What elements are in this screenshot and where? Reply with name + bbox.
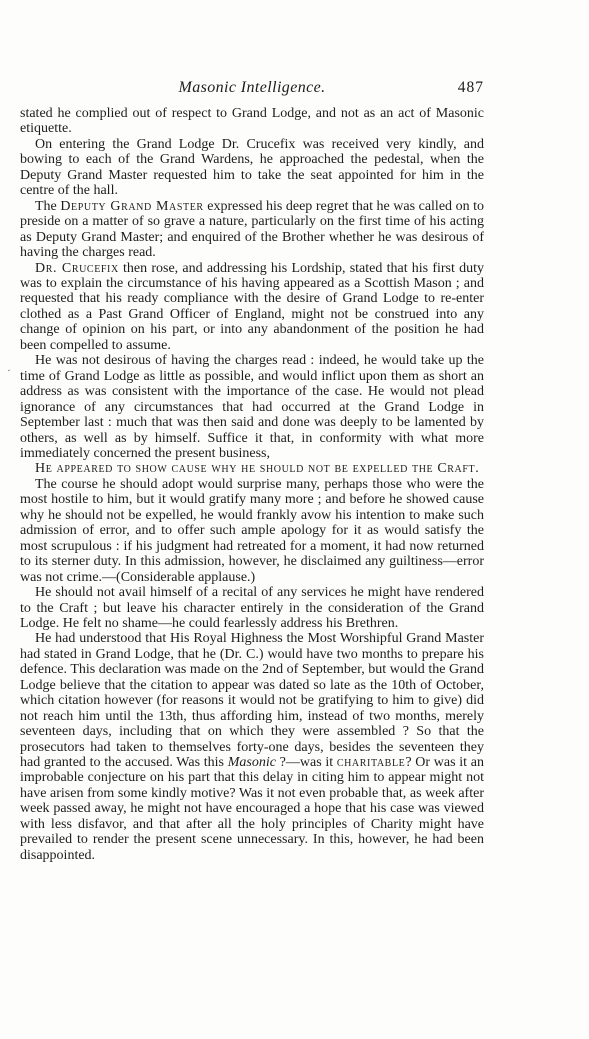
- text-segment-smallcaps: Deputy Grand Master: [60, 199, 203, 214]
- text-segment-italic: Masonic: [228, 755, 276, 770]
- paragraph: Dr. Crucefix then rose, and addressing h…: [20, 261, 484, 354]
- paragraph: The Deputy Grand Master expressed his de…: [20, 199, 484, 261]
- text-segment-normal: The: [35, 199, 60, 214]
- scan-artifact-mark: -: [7, 367, 13, 372]
- page-number: 487: [458, 79, 484, 97]
- text-segment-normal: The course he should adopt would surpris…: [20, 477, 484, 585]
- scanned-document-page: Masonic Intelligence. 487 - stated he co…: [0, 0, 589, 1039]
- text-segment-normal: He was not desirous of having the charge…: [20, 353, 484, 461]
- text-segment-normal: He had understood that His Royal Highnes…: [20, 631, 484, 770]
- text-segment-normal: stated he complied out of respect to Gra…: [20, 106, 484, 136]
- paragraph: The course he should adopt would surpris…: [20, 477, 484, 585]
- text-segment-smallcaps: charitable: [337, 755, 406, 770]
- header-title: Masonic Intelligence.: [20, 79, 484, 97]
- text-segment-normal: On entering the Grand Lodge Dr. Crucefix…: [20, 137, 484, 198]
- text-segment-normal: He should not avail himself of a recital…: [20, 585, 484, 631]
- text-segment-normal: ?—was it: [276, 755, 337, 770]
- paragraph: He should not avail himself of a recital…: [20, 585, 484, 631]
- running-header: Masonic Intelligence. 487: [20, 79, 484, 99]
- paragraph: He was not desirous of having the charge…: [20, 353, 484, 461]
- text-segment-smallcaps: He appeared to show cause why he should …: [35, 461, 479, 476]
- text-segment-normal: ? Or was it an improbable conjecture on …: [20, 755, 484, 863]
- paragraph: stated he complied out of respect to Gra…: [20, 106, 484, 137]
- page-body: stated he complied out of respect to Gra…: [20, 106, 484, 863]
- text-segment-smallcaps: Dr. Crucefix: [35, 261, 119, 276]
- paragraph: He appeared to show cause why he should …: [20, 461, 484, 476]
- paragraph: On entering the Grand Lodge Dr. Crucefix…: [20, 137, 484, 199]
- paragraph: He had understood that His Royal Highnes…: [20, 631, 484, 863]
